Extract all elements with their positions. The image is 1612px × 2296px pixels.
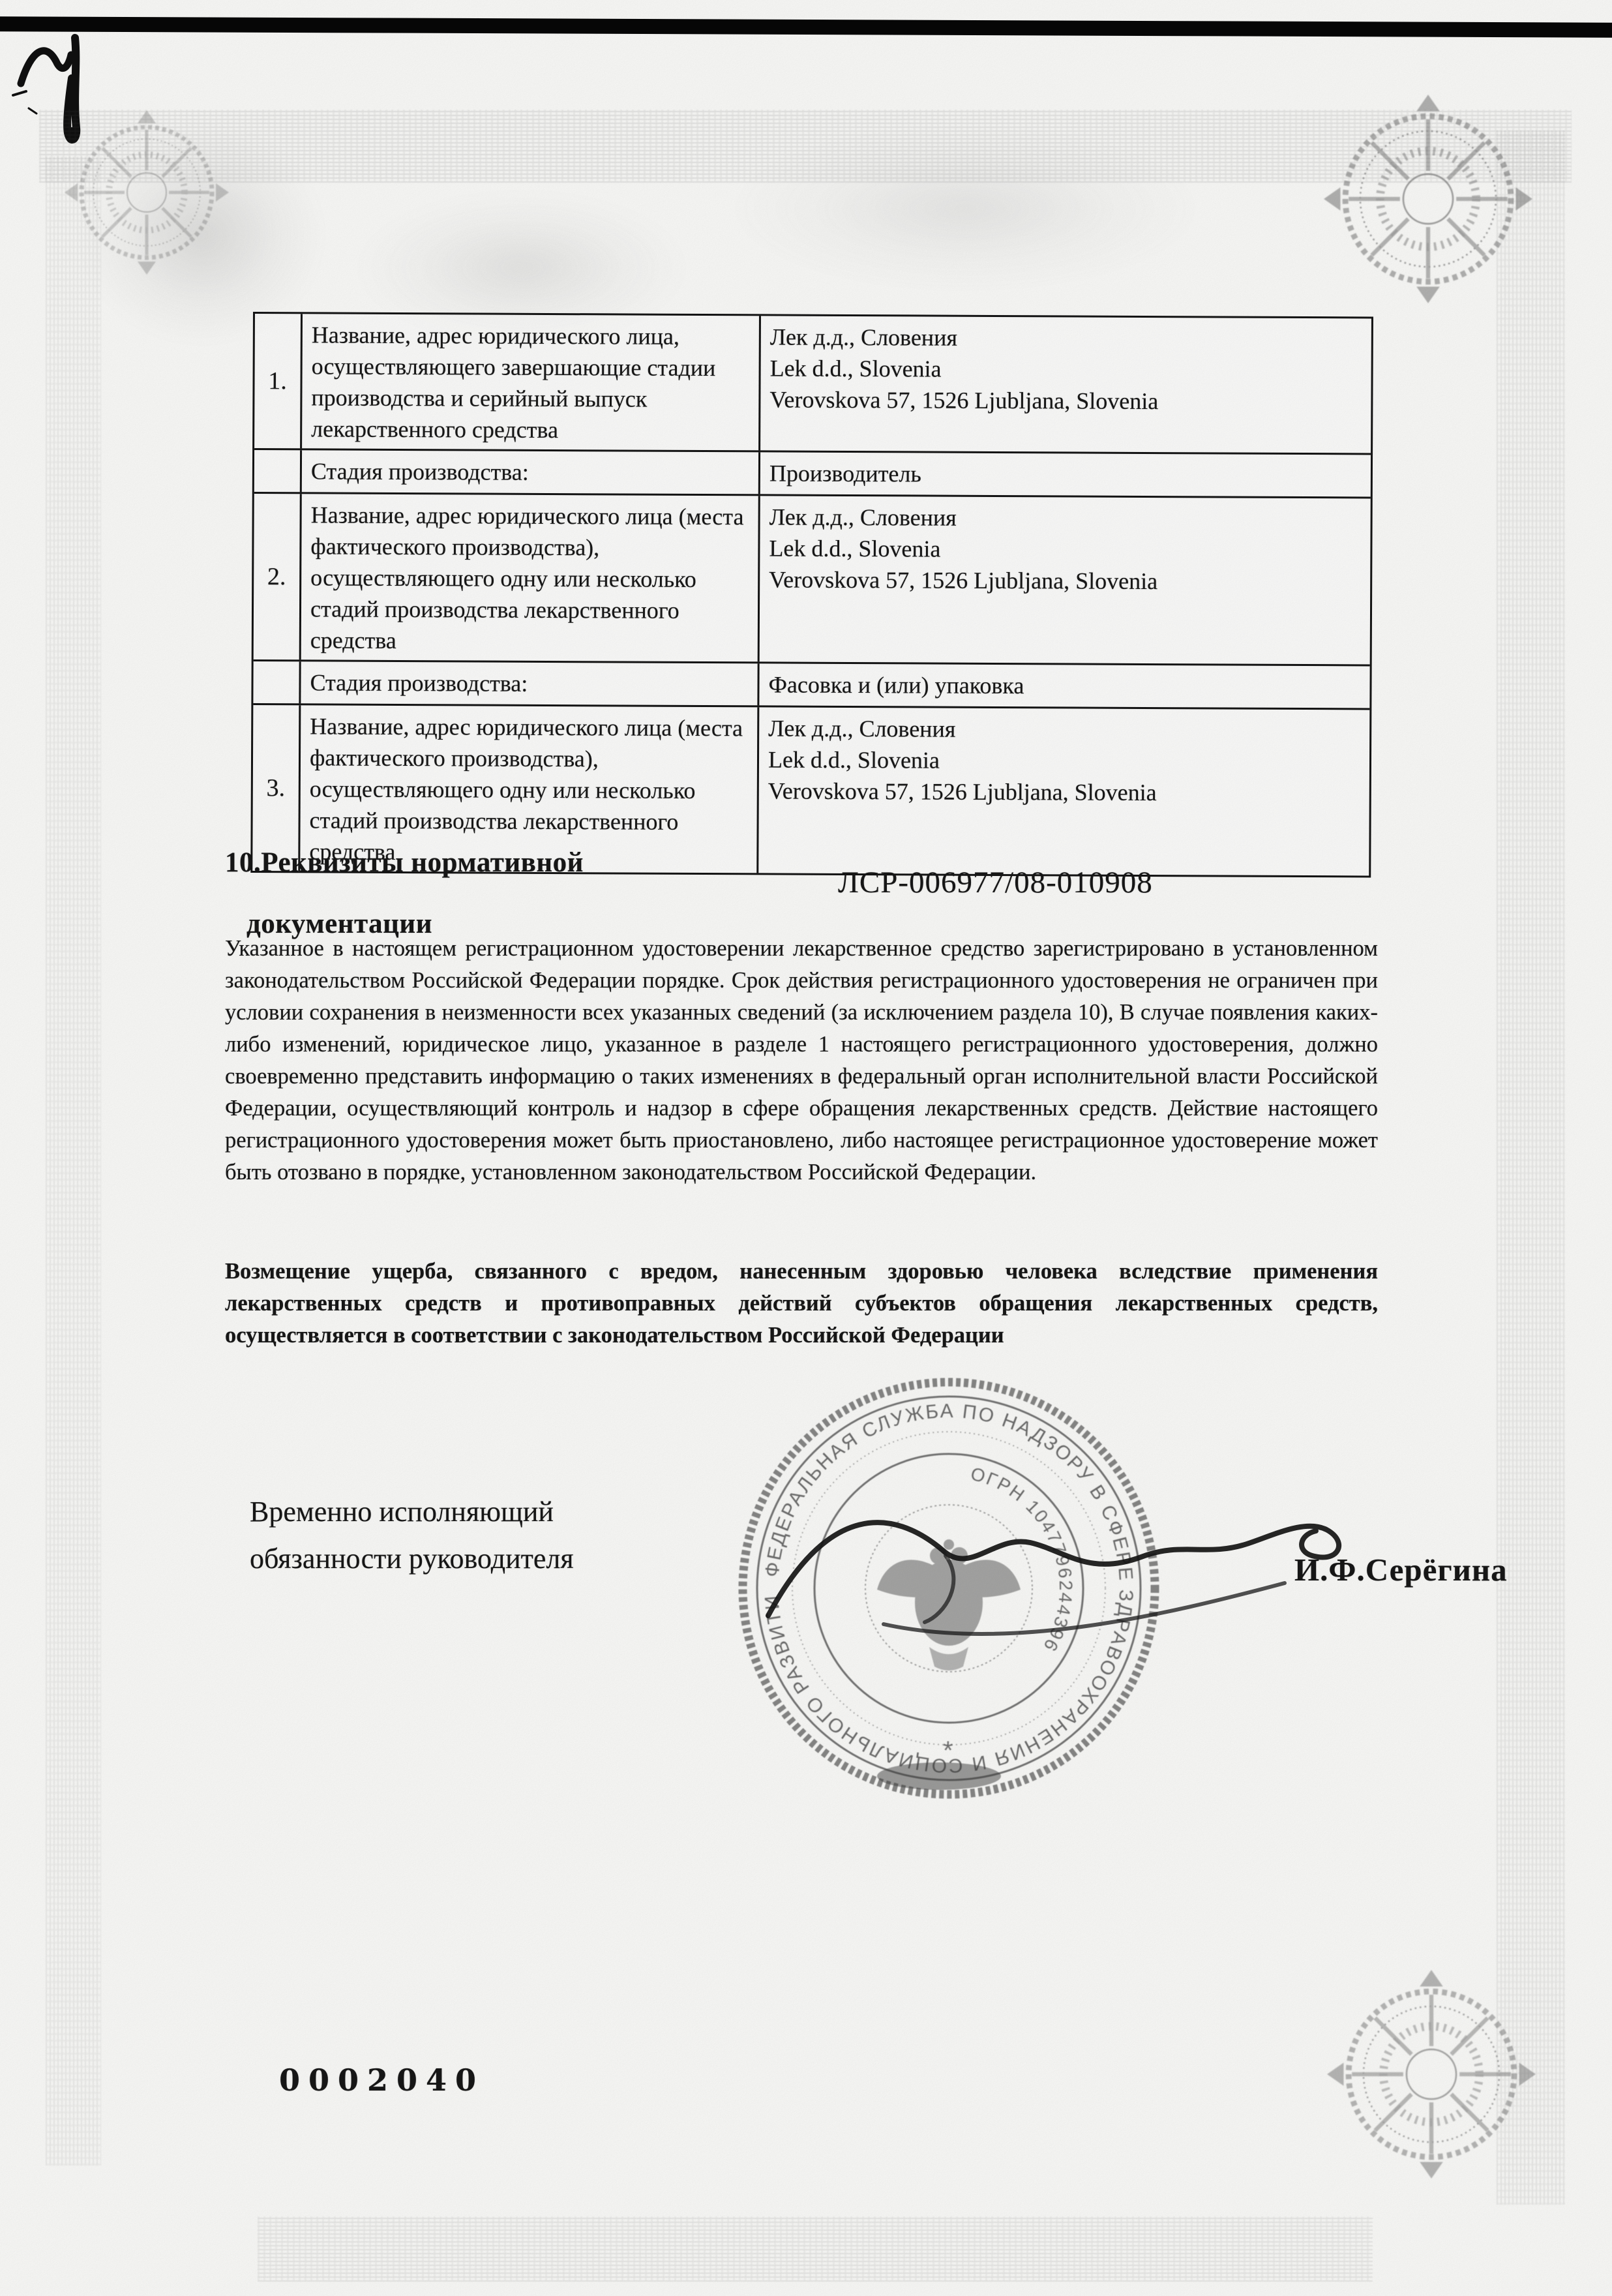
row-value: Лек д.д., Словения Lek d.d., Slovenia Ve… — [758, 496, 1371, 664]
section-10-heading-line1: 10.Реквизиты нормативной — [225, 847, 584, 879]
row-number: 2. — [254, 494, 300, 659]
value-line: Lek d.d., Slovenia — [769, 532, 1364, 566]
row-label: Стадия производства: — [300, 450, 758, 494]
rosette-ornament-top-right — [1321, 91, 1536, 307]
guilloche-band-left — [46, 157, 101, 2166]
legal-paragraph: Указанное в настоящем регистрационном уд… — [225, 933, 1378, 1188]
scan-splotch — [724, 124, 1206, 294]
registration-number: ЛСР-006977/08-010908 — [838, 865, 1153, 900]
table-row: 1. Название, адрес юридического лица, ос… — [254, 314, 1371, 453]
table-row-stage: Стадия производства: Фасовка и (или) упа… — [253, 659, 1369, 708]
value-line: Лек д.д., Словения — [770, 321, 1365, 355]
value-line: Verovskova 57, 1526 Ljubljana, Slovenia — [768, 775, 1363, 809]
liability-paragraph: Возмещение ущерба, связанного с вредом, … — [225, 1256, 1378, 1352]
value-line: Verovskova 57, 1526 Ljubljana, Slovenia — [769, 384, 1364, 417]
manufacturers-table: 1. Название, адрес юридического лица, ос… — [250, 312, 1373, 877]
rosette-ornament-top-left — [62, 108, 231, 277]
signature-scribble — [750, 1458, 1376, 1673]
signatory-title-line2: обязанности руководителя — [250, 1535, 706, 1582]
row-value: Производитель — [758, 452, 1371, 496]
signatory-name: И.Ф.Серёгина — [1294, 1551, 1508, 1588]
form-serial-number: 0002040 — [279, 2062, 485, 2098]
stamp-star: * — [943, 1736, 955, 1765]
row-number — [254, 450, 300, 492]
guilloche-band-bottom — [258, 2216, 1373, 2282]
table-row-stage: Стадия производства: Производитель — [254, 448, 1371, 496]
row-label: Название, адрес юридического лица, осуще… — [300, 314, 759, 450]
scan-edge-line — [0, 16, 1612, 38]
row-number — [253, 661, 299, 703]
value-line: Lek d.d., Slovenia — [768, 744, 1363, 778]
document-page: 1. Название, адрес юридического лица, ос… — [0, 0, 1612, 2296]
row-value: Лек д.д., Словения Lek d.d., Slovenia Ve… — [756, 707, 1369, 875]
row-label: Стадия производства: — [299, 661, 757, 705]
guilloche-band-right — [1497, 130, 1565, 2205]
row-label: Название, адрес юридического лица (места… — [299, 494, 758, 661]
row-value: Лек д.д., Словения Lek d.d., Slovenia Ve… — [758, 316, 1371, 453]
row-number: 1. — [254, 314, 301, 448]
value-line: Лек д.д., Словения — [769, 501, 1364, 535]
value-line: Lek d.d., Slovenia — [770, 352, 1365, 386]
table-row: 2. Название, адрес юридического лица (ме… — [254, 492, 1371, 664]
signatory-title: Временно исполняющий обязанности руковод… — [250, 1488, 706, 1582]
signatory-title-line1: Временно исполняющий — [250, 1488, 706, 1535]
value-line: Verovskova 57, 1526 Ljubljana, Slovenia — [769, 564, 1364, 597]
rosette-ornament-bottom-right — [1324, 1967, 1539, 2182]
row-value: Фасовка и (или) упаковка — [757, 663, 1369, 708]
value-line: Лек д.д., Словения — [768, 712, 1363, 746]
stamp-smudge — [877, 1762, 1001, 1790]
